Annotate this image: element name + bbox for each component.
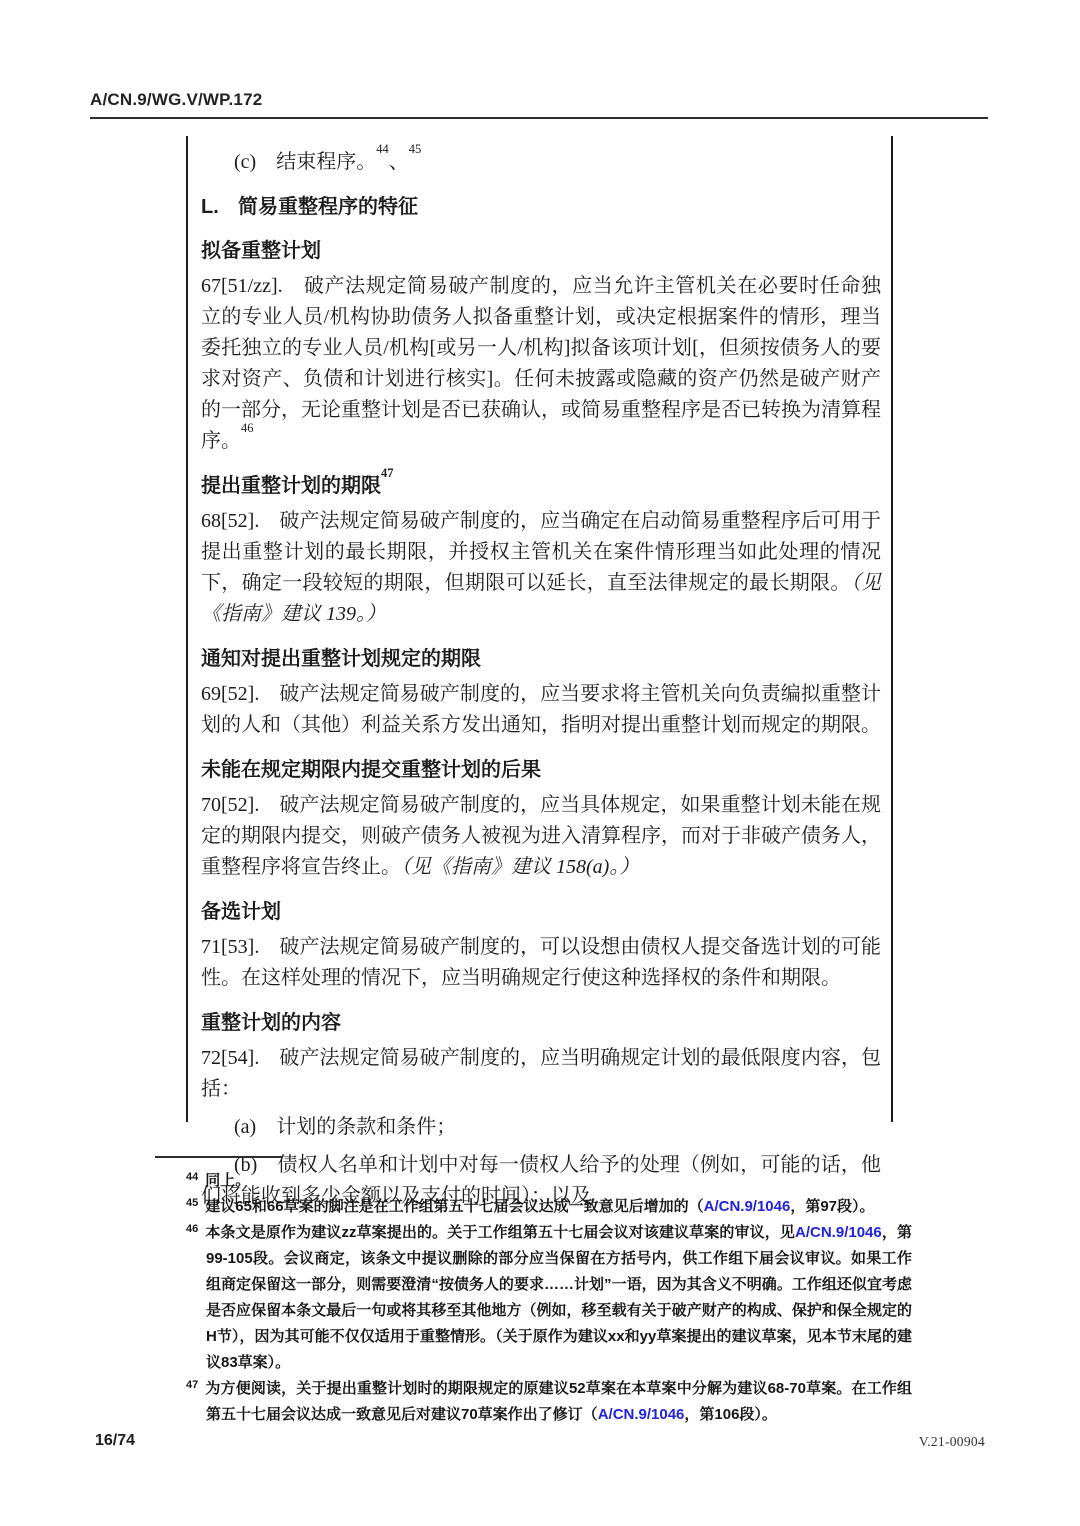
text-run: 72[54]. 破产法规定简易破产制度的，应当明确规定计划的最低限度内容，包括：: [201, 1047, 881, 1100]
footnote-reference: 46: [241, 421, 254, 435]
document-link[interactable]: A/CN.9/1046: [598, 1406, 685, 1423]
sub-heading: 未能在规定期限内提交重整计划的后果: [201, 757, 881, 783]
paragraph: 67[51/zz]. 破产法规定简易破产制度的，应当允许主管机关在必要时任命独立…: [201, 271, 881, 457]
sub-heading: 备选计划: [201, 899, 881, 925]
list-item: (c) 结束程序。44、45: [201, 147, 881, 178]
guide-reference: （见《指南》建议 158(a)。）: [401, 856, 639, 878]
text-run: 提出重整计划的期限: [201, 475, 381, 497]
page-number: 16/74: [95, 1432, 135, 1450]
section-title: 简易重整程序的特征: [238, 196, 418, 218]
sub-heading: 通知对提出重整计划规定的期限: [201, 646, 881, 672]
paragraph: 69[52]. 破产法规定简易破产制度的，应当要求将主管机关向负责编拟重整计划的…: [201, 679, 881, 741]
footnotes-block: 44同上。45建议65和66草案的脚注是在工作组第五十七届会议达成一致意见后增加…: [186, 1168, 912, 1428]
footnote: 47为方便阅读，关于提出重整计划时的期限规定的原建议52草案在本草案中分解为建议…: [186, 1376, 912, 1428]
text-run: 拟备重整计划: [201, 240, 321, 262]
text-run: 同上。: [205, 1172, 250, 1189]
sub-heading: 拟备重整计划: [201, 238, 881, 264]
text-run: (c) 结束程序。: [234, 151, 376, 173]
sub-heading: 重整计划的内容: [201, 1010, 881, 1036]
document-symbol: A/CN.9/WG.V/WP.172: [90, 90, 262, 110]
footnote: 46本条文是原作为建议zz草案提出的。关于工作组第五十七届会议对该建议草案的审议…: [186, 1220, 912, 1376]
text-run: 71[53]. 破产法规定简易破产制度的，可以设想由债权人提交备选计划的可能性。…: [201, 936, 881, 989]
text-run: 67[51/zz]. 破产法规定简易破产制度的，应当允许主管机关在必要时任命独立…: [201, 275, 881, 452]
text-run: 本条文是原作为建议zz草案提出的。关于工作组第五十七届会议对该建议草案的审议，见: [205, 1224, 795, 1241]
footnote-number: 45: [186, 1197, 198, 1209]
change-bar-left: [186, 136, 188, 1122]
document-body: (c) 结束程序。44、45L.简易重整程序的特征拟备重整计划67[51/zz]…: [201, 140, 881, 1212]
footnote-reference: 47: [381, 466, 394, 480]
document-page: A/CN.9/WG.V/WP.172 (c) 结束程序。44、45L.简易重整程…: [0, 0, 1080, 1526]
text-run: ，第106段）。: [684, 1406, 777, 1423]
text-run: ，第97段）。: [790, 1198, 874, 1215]
list-item: (a) 计划的条款和条件；: [201, 1112, 881, 1143]
text-run: 重整计划的内容: [201, 1012, 341, 1034]
text-run: ，第99-105段。会议商定，该条文中提议删除的部分应当保留在方括号内，供工作组…: [206, 1224, 912, 1371]
footnote: 44同上。: [186, 1168, 912, 1194]
job-number: V.21-00904: [919, 1434, 985, 1450]
paragraph: 70[52]. 破产法规定简易破产制度的，应当具体规定，如果重整计划未能在规定的…: [201, 790, 881, 883]
footnote-reference: 45: [409, 142, 422, 156]
text-run: 68[52]. 破产法规定简易破产制度的，应当确定在启动简易重整程序后可用于提出…: [201, 510, 881, 594]
paragraph: 72[54]. 破产法规定简易破产制度的，应当明确规定计划的最低限度内容，包括：: [201, 1043, 881, 1105]
change-bar-right: [891, 136, 893, 1122]
footnote: 45建议65和66草案的脚注是在工作组第五十七届会议达成一致意见后增加的（A/C…: [186, 1194, 912, 1220]
footnote-number: 44: [186, 1171, 198, 1183]
footnote-number: 47: [186, 1379, 198, 1391]
footnote-reference: 44: [376, 142, 389, 156]
text-run: 通知对提出重整计划规定的期限: [201, 648, 481, 670]
header-rule: [90, 117, 988, 119]
footnote-separator: [155, 1156, 282, 1158]
text-run: 69[52]. 破产法规定简易破产制度的，应当要求将主管机关向负责编拟重整计划的…: [201, 683, 881, 736]
text-run: 未能在规定期限内提交重整计划的后果: [201, 759, 541, 781]
text-run: 、: [389, 151, 409, 173]
paragraph: 71[53]. 破产法规定简易破产制度的，可以设想由债权人提交备选计划的可能性。…: [201, 932, 881, 994]
paragraph: 68[52]. 破产法规定简易破产制度的，应当确定在启动简易重整程序后可用于提出…: [201, 506, 881, 630]
text-run: 建议65和66草案的脚注是在工作组第五十七届会议达成一致意见后增加的（: [205, 1198, 703, 1215]
section-heading: L.简易重整程序的特征: [201, 192, 881, 222]
section-label: L.: [201, 192, 238, 222]
document-link[interactable]: A/CN.9/1046: [704, 1198, 791, 1215]
sub-heading: 提出重整计划的期限47: [201, 473, 881, 499]
footnote-number: 46: [186, 1223, 198, 1235]
text-run: 为方便阅读，关于提出重整计划时的期限规定的原建议52草案在本草案中分解为建议68…: [205, 1380, 912, 1423]
text-run: 备选计划: [201, 901, 281, 923]
document-link[interactable]: A/CN.9/1046: [795, 1224, 882, 1241]
text-run: (a) 计划的条款和条件；: [234, 1116, 456, 1138]
